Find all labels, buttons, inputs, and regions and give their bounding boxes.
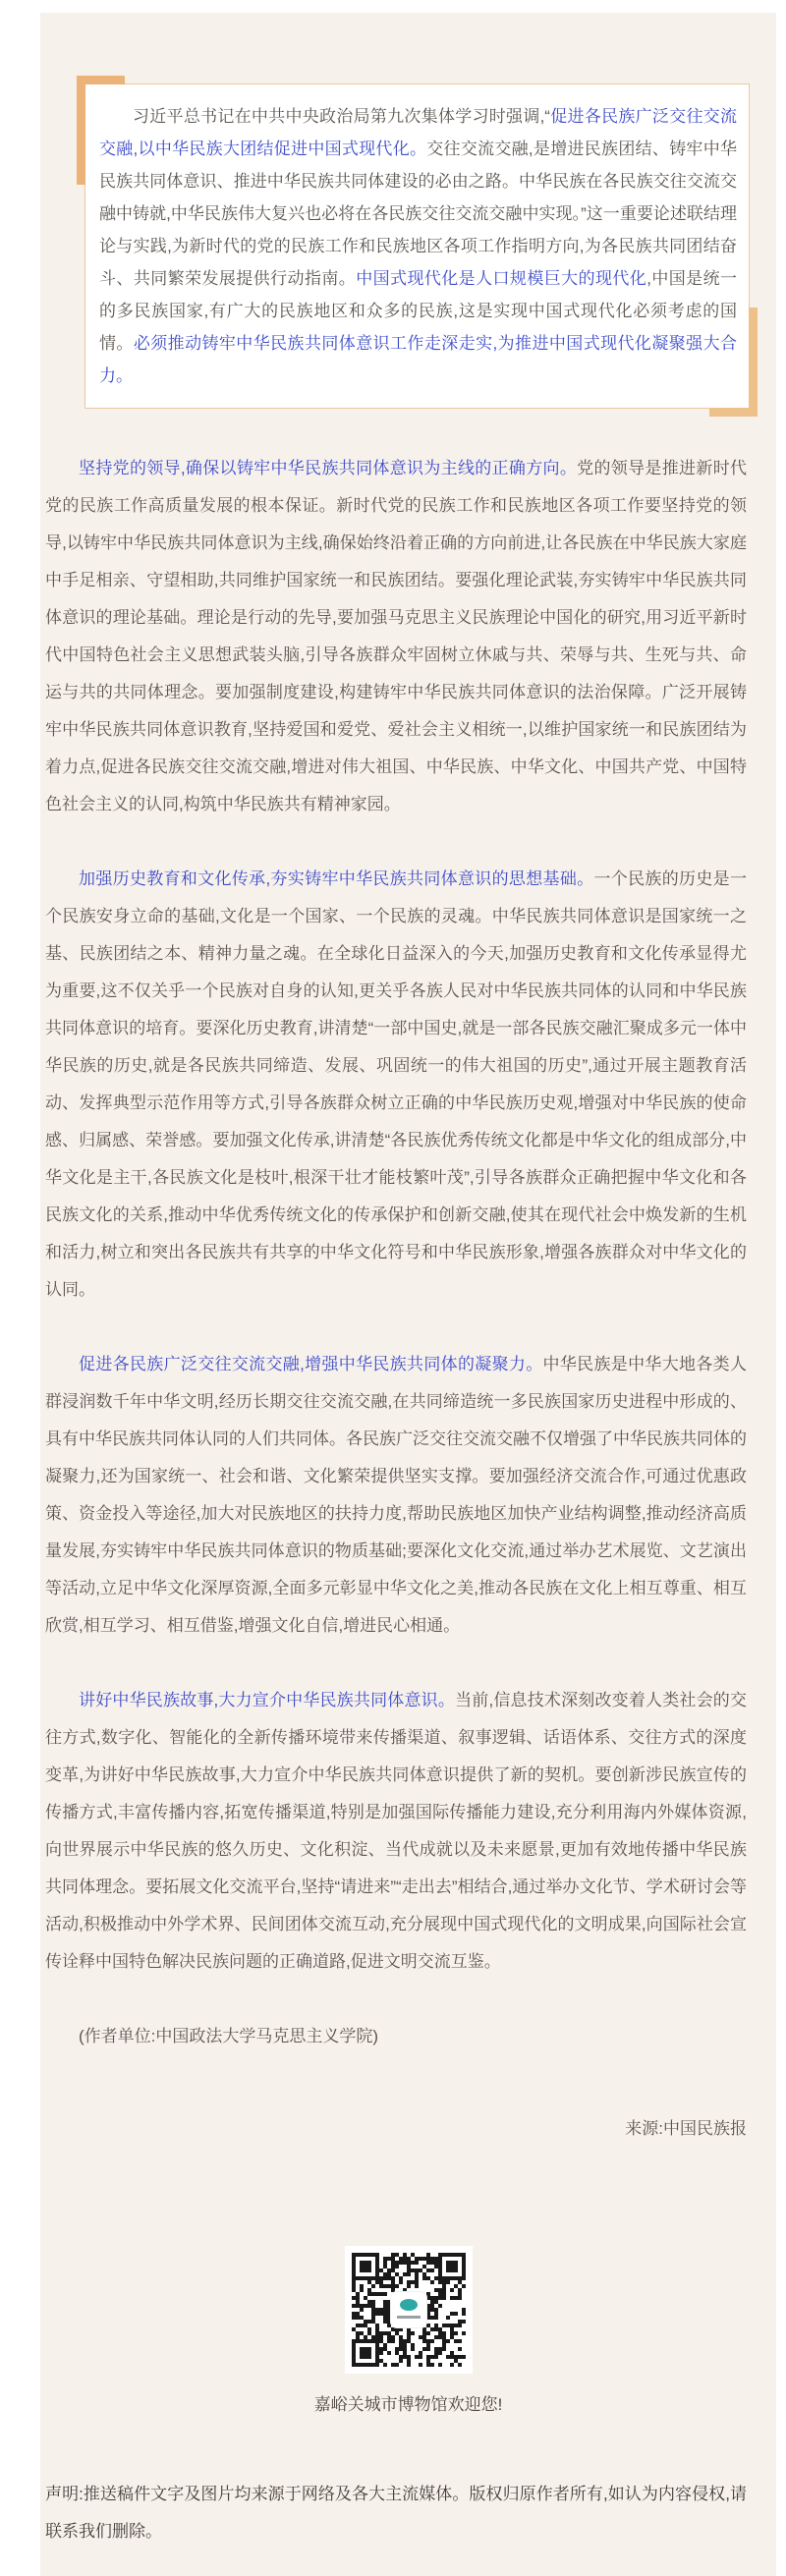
paragraph-text: 中华民族是中华大地各类人群浸润数千年中华文明,经历长期交往交流交融,在共同缔造统… bbox=[45, 1355, 747, 1635]
quote-box: 习近平总书记在中共中央政治局第九次集体学习时强调,“促进各民族广泛交往交流交融,… bbox=[84, 84, 750, 409]
article-paragraph: 加强历史教育和文化传承,夯实铸牢中华民族共同体意识的思想基础。一个民族的历史是一… bbox=[45, 861, 747, 1309]
paragraph-text: 当前,信息技术深刻改变着人类社会的交往方式,数字化、智能化的全新传播环境带来传播… bbox=[45, 1691, 747, 1971]
article-paragraph: 讲好中华民族故事,大力宣介中华民族共同体意识。当前,信息技术深刻改变着人类社会的… bbox=[45, 1682, 747, 1981]
quote-highlight: 中国式现代化是人口规模巨大的现代化 bbox=[356, 269, 646, 288]
quote-segment: 习近平总书记在中共中央政治局第九次集体学习时强调,“ bbox=[133, 107, 550, 126]
source-line: 来源:中国民族报 bbox=[45, 2110, 747, 2148]
quote-segment: 交往交流交融,是增进民族团结、铸牢中华民族共同体意识、推进中华民族共同体建设的必… bbox=[99, 140, 737, 288]
paragraph-lead: 加强历史教育和文化传承,夯实铸牢中华民族共同体意识的思想基础。 bbox=[79, 869, 593, 888]
quote-highlight: 必须推动铸牢中华民族共同体意识工作走深走实,为推进中国式现代化凝聚强大合力。 bbox=[99, 334, 737, 385]
article-body: 坚持党的领导,确保以铸牢中华民族共同体意识为主线的正确方向。党的领导是推进新时代… bbox=[40, 450, 776, 1981]
qr-block: 嘉峪关城市博物馆欢迎您! bbox=[40, 2246, 776, 2417]
paragraph-lead: 促进各民族广泛交往交流交融,增强中华民族共同体的凝聚力。 bbox=[79, 1355, 543, 1373]
disclaimer: 声明:推送稿件文字及图片均来源于网络及各大主流媒体。版权归原作者所有,如认为内容… bbox=[45, 2476, 747, 2560]
qr-caption: 嘉峪关城市博物馆欢迎您! bbox=[314, 2393, 503, 2417]
qr-center-logo bbox=[391, 2292, 426, 2327]
qr-code bbox=[345, 2246, 473, 2374]
article-section: 习近平总书记在中共中央政治局第九次集体学习时强调,“促进各民族广泛交往交流交融,… bbox=[40, 13, 776, 2576]
quote-text: 习近平总书记在中共中央政治局第九次集体学习时强调,“促进各民族广泛交往交流交融,… bbox=[99, 107, 737, 385]
article-paragraph: 坚持党的领导,确保以铸牢中华民族共同体意识为主线的正确方向。党的领导是推进新时代… bbox=[45, 450, 747, 823]
museum-logo-text bbox=[397, 2316, 421, 2319]
paragraph-text: 一个民族的历史是一个民族安身立命的基础,文化是一个国家、一个民族的灵魂。中华民族… bbox=[45, 869, 747, 1299]
paragraph-lead: 坚持党的领导,确保以铸牢中华民族共同体意识为主线的正确方向。 bbox=[79, 459, 577, 477]
paragraph-text: 党的领导是推进新时代党的民族工作高质量发展的根本保证。新时代党的民族工作和民族地… bbox=[45, 459, 747, 813]
article-paragraph: 促进各民族广泛交往交流交融,增强中华民族共同体的凝聚力。中华民族是中华大地各类人… bbox=[45, 1346, 747, 1645]
paragraph-lead: 讲好中华民族故事,大力宣介中华民族共同体意识。 bbox=[79, 1691, 455, 1709]
museum-logo-icon bbox=[400, 2299, 418, 2311]
author-note: (作者单位:中国政法大学马克思主义学院) bbox=[45, 2018, 747, 2055]
